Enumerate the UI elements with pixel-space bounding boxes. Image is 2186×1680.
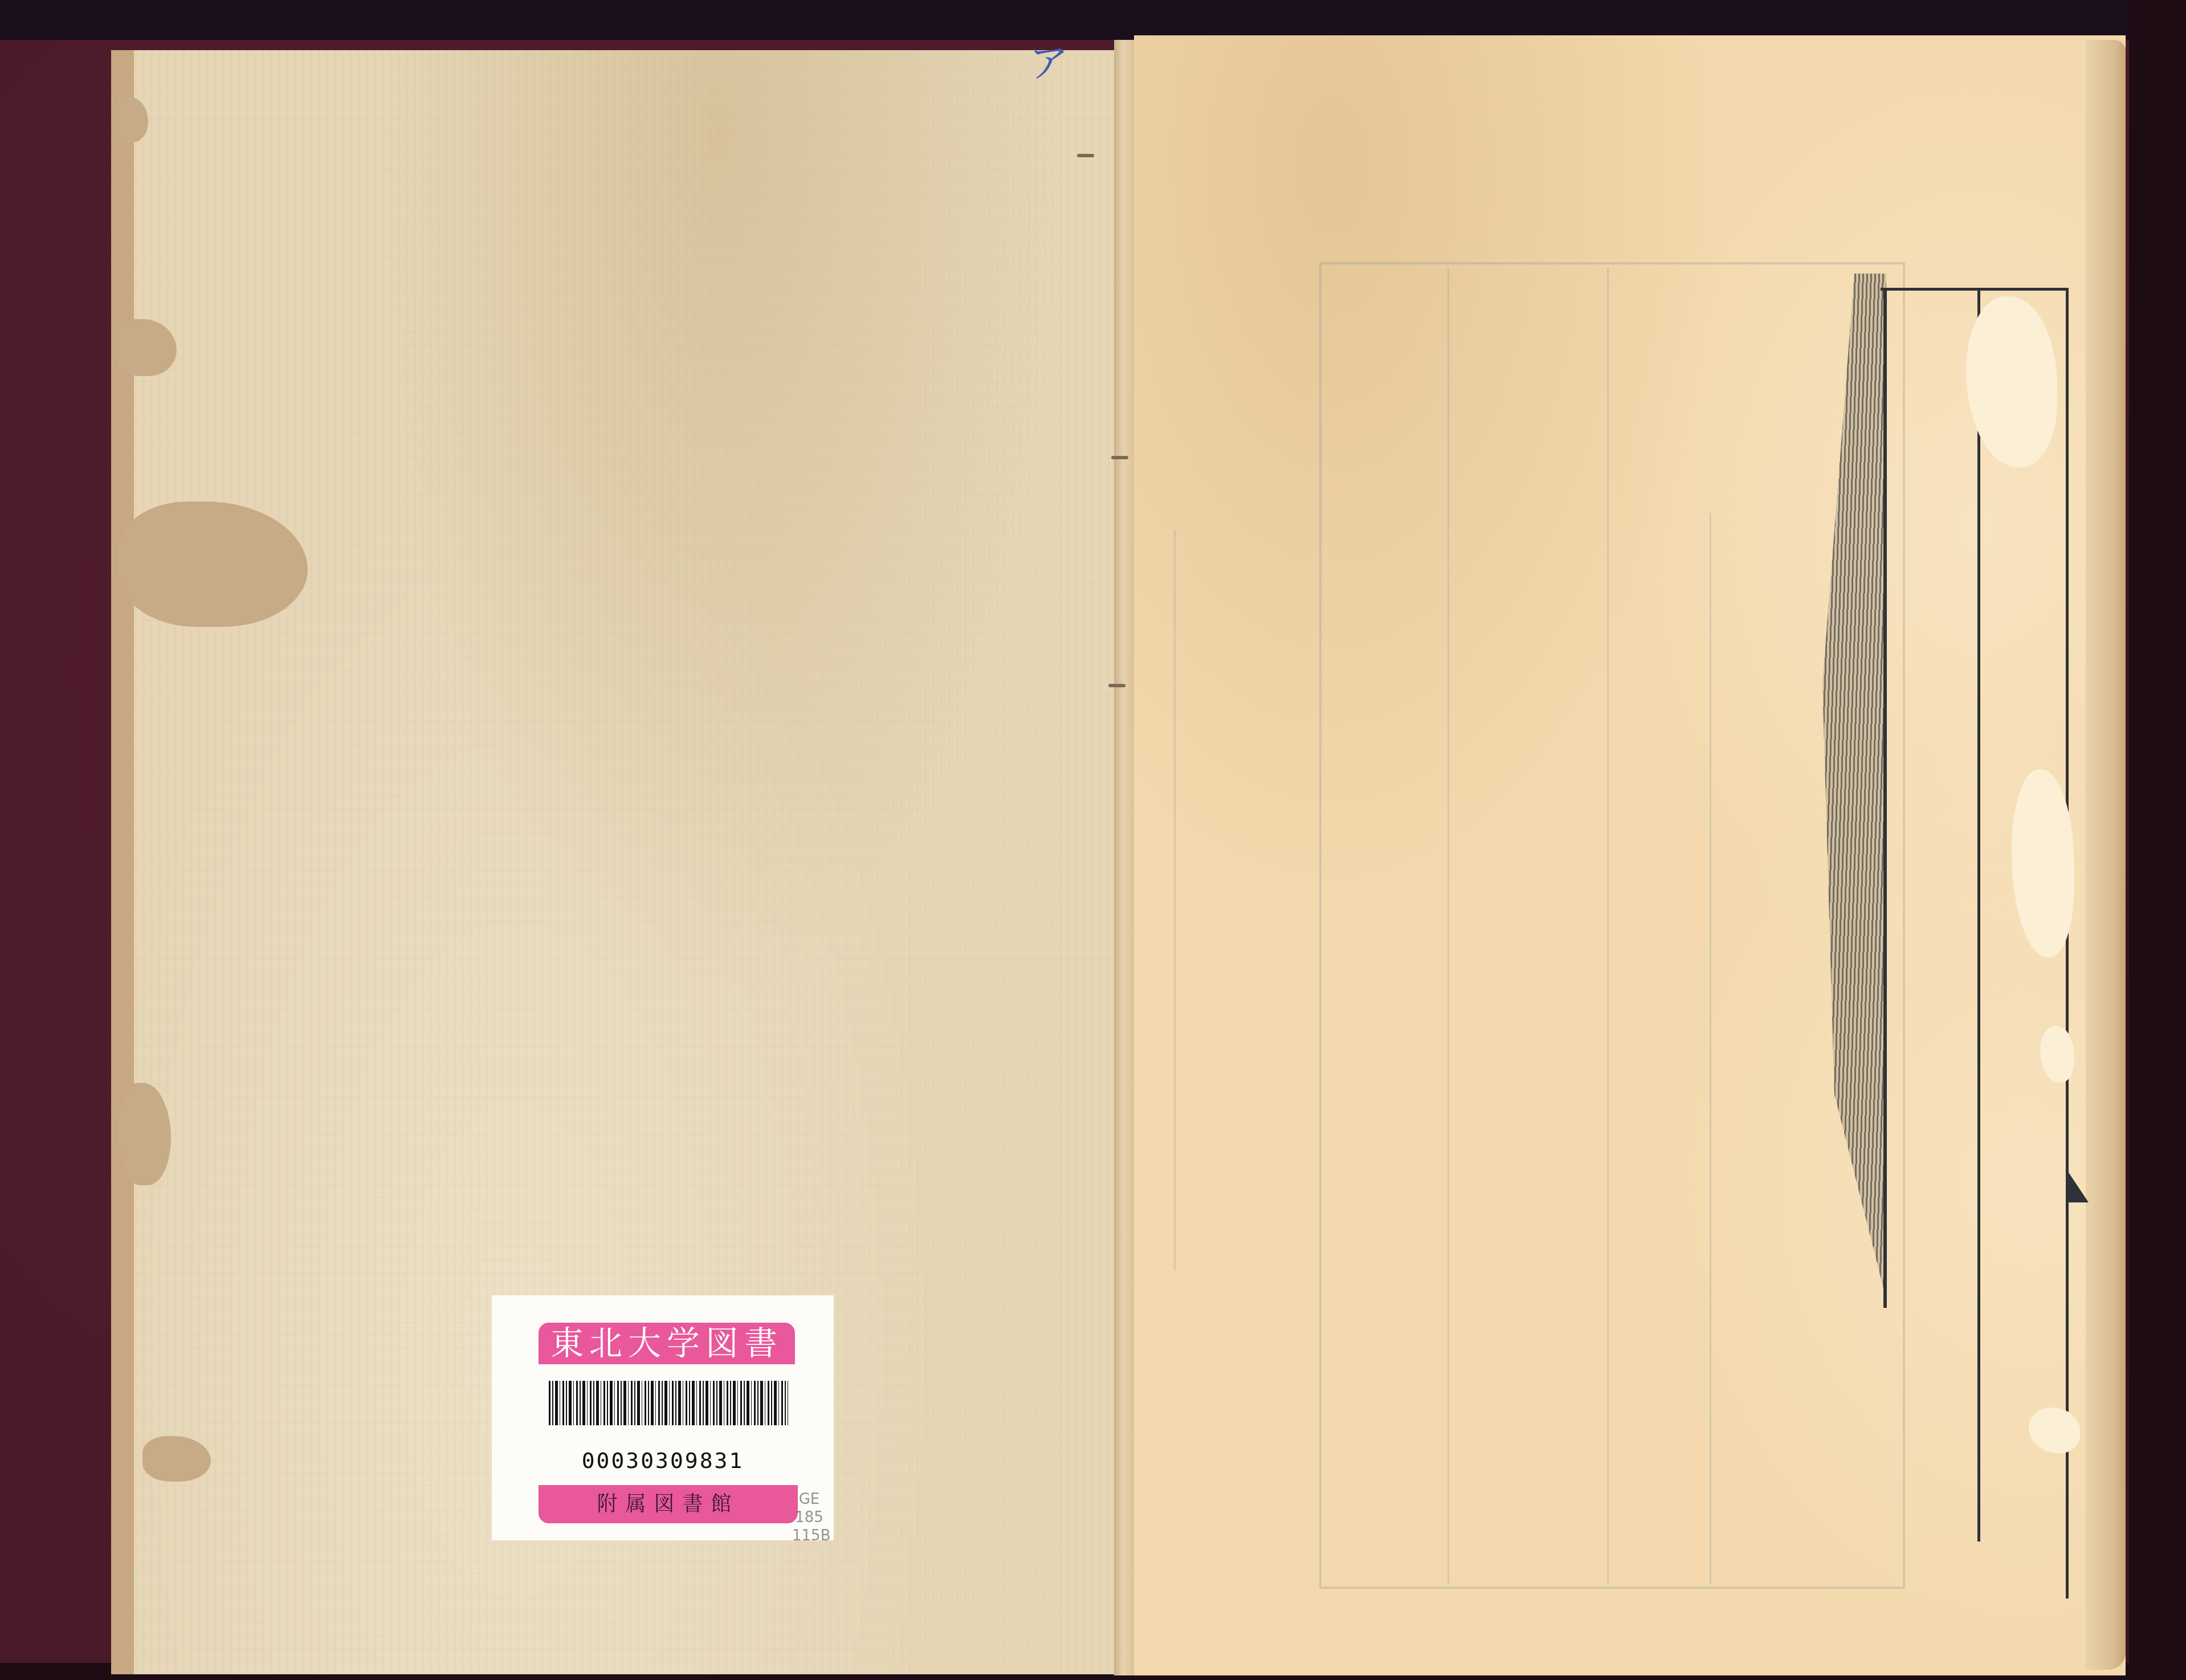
- show-through-column: [1516, 274, 1561, 1556]
- left-page-edge-strip: [111, 50, 134, 1674]
- shelf-mark-line: 115B: [792, 1527, 826, 1545]
- scanner-bed-top: [0, 0, 2186, 40]
- printed-border-inner: [1977, 288, 1980, 1542]
- handwritten-katakana-mark: ア: [1029, 31, 1068, 89]
- binding-thread: [1108, 684, 1125, 687]
- handwritten-shelf-mark: GE 185 115B: [792, 1490, 826, 1545]
- barcode-number: 00030309831: [492, 1448, 834, 1473]
- show-through-column: [1459, 274, 1504, 1556]
- column-rule: [1710, 513, 1711, 1584]
- show-through-column: [1197, 274, 1242, 1556]
- column-rule: [1174, 530, 1176, 1271]
- shelf-mark-line: GE: [792, 1490, 826, 1508]
- printed-border-left: [1883, 288, 1887, 1308]
- show-through-column: [1385, 274, 1430, 1556]
- shelf-mark-line: 185: [792, 1508, 826, 1527]
- printed-border-outer: [2066, 288, 2069, 1599]
- binding-thread: [1111, 456, 1128, 459]
- show-through-column: [1573, 274, 1618, 1556]
- printed-border-top: [1881, 288, 2069, 291]
- label-university-name: 東北大学図書: [539, 1323, 795, 1364]
- barcode-icon: [549, 1381, 788, 1425]
- binding-thread: [1077, 154, 1094, 157]
- scanner-bed-right: [2129, 0, 2186, 1680]
- library-barcode-label: 東北大学図書 00030309831 附属図書館: [492, 1295, 834, 1540]
- book-gutter-binding: [1114, 40, 1137, 1675]
- page-fore-edge: [2086, 40, 2126, 1670]
- label-library-name: 附属図書館: [539, 1485, 798, 1523]
- column-rule: [1447, 268, 1449, 1584]
- show-through-column: [1328, 274, 1373, 1556]
